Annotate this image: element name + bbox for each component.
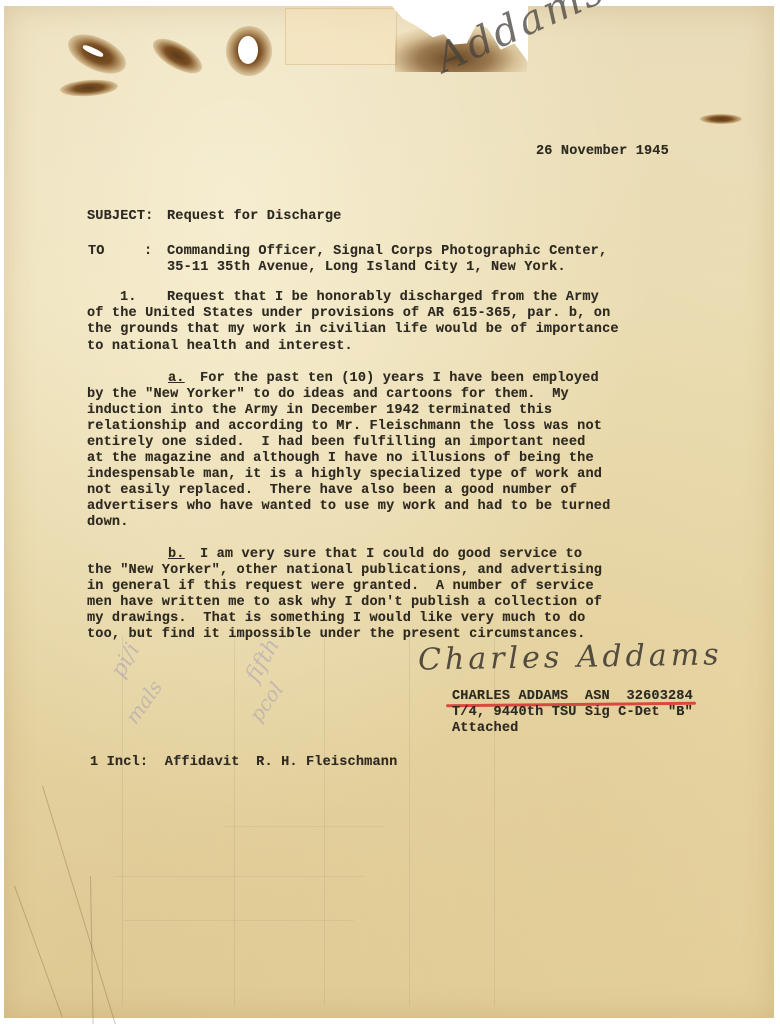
paragraph-a-line: For the past ten (10) years I have been … [200, 371, 599, 387]
letter-date: 26 November 1945 [536, 144, 669, 160]
paragraph-b-line: the "New Yorker", other national publica… [87, 563, 602, 579]
paragraph-1-line: to national health and interest. [87, 339, 353, 355]
grid-line [122, 636, 123, 1006]
paragraph-number: 1. [120, 290, 137, 306]
paragraph-1-line: the grounds that my work in civilian lif… [87, 322, 619, 338]
paragraph-1-line: of the United States under provisions of… [87, 306, 610, 322]
paragraph-a-line: induction into the Army in December 1942… [87, 403, 552, 419]
enclosure-line: 1 Incl: Affidavit R. H. Fleischmann [90, 755, 397, 771]
paragraph-a-line: relationship and according to Mr. Fleisc… [87, 419, 602, 435]
paragraph-a-line: indespensable man, it is a highly specia… [87, 467, 602, 483]
paragraph-a-line: not easily replaced. There have also bee… [87, 483, 577, 499]
subparagraph-marker: a. [168, 371, 185, 387]
to-line: 35-11 35th Avenue, Long Island City 1, N… [167, 260, 566, 276]
signature-status-line: Attached [452, 721, 518, 737]
paragraph-b-line: my drawings. That is something I would l… [87, 611, 585, 627]
crease-line [42, 786, 116, 1024]
handwritten-signature: Charles Addams [418, 637, 723, 677]
subject-label: SUBJECT: [87, 209, 153, 225]
to-line: Commanding Officer, Signal Corps Photogr… [167, 244, 607, 260]
burn-hole [238, 36, 258, 64]
grid-line [234, 636, 235, 1006]
paragraph-a-line: by the "New Yorker" to do ideas and cart… [87, 387, 569, 403]
tape-residue [285, 8, 397, 65]
grid-line [324, 636, 325, 1006]
crease-line [14, 886, 63, 1018]
paragraph-1-line: Request that I be honorably discharged f… [167, 290, 599, 306]
subject-value: Request for Discharge [167, 209, 341, 225]
signature-rank-line: T/4, 9440th TSU Sig C-Det "B" [452, 705, 693, 721]
paragraph-b-line: men have written me to ask why I don't p… [87, 595, 602, 611]
paragraph-b-line: I am very sure that I could do good serv… [200, 547, 582, 563]
grid-line [124, 920, 354, 921]
grid-line [409, 636, 410, 1006]
paragraph-b-line: in general if this request were granted.… [87, 579, 594, 595]
grid-line [224, 826, 384, 827]
paragraph-a-line: advertisers who have wanted to use my wo… [87, 499, 610, 515]
to-label: TO [88, 244, 105, 260]
paragraph-a-line: entirely one sided. I had been fulfillin… [87, 435, 585, 451]
grid-line [114, 876, 364, 877]
paragraph-a-line: down. [87, 515, 129, 531]
paragraph-a-line: at the magazine and although I have no i… [87, 451, 594, 467]
burn-mark [700, 114, 742, 124]
subparagraph-marker: b. [168, 547, 185, 563]
to-separator: : [144, 244, 152, 260]
